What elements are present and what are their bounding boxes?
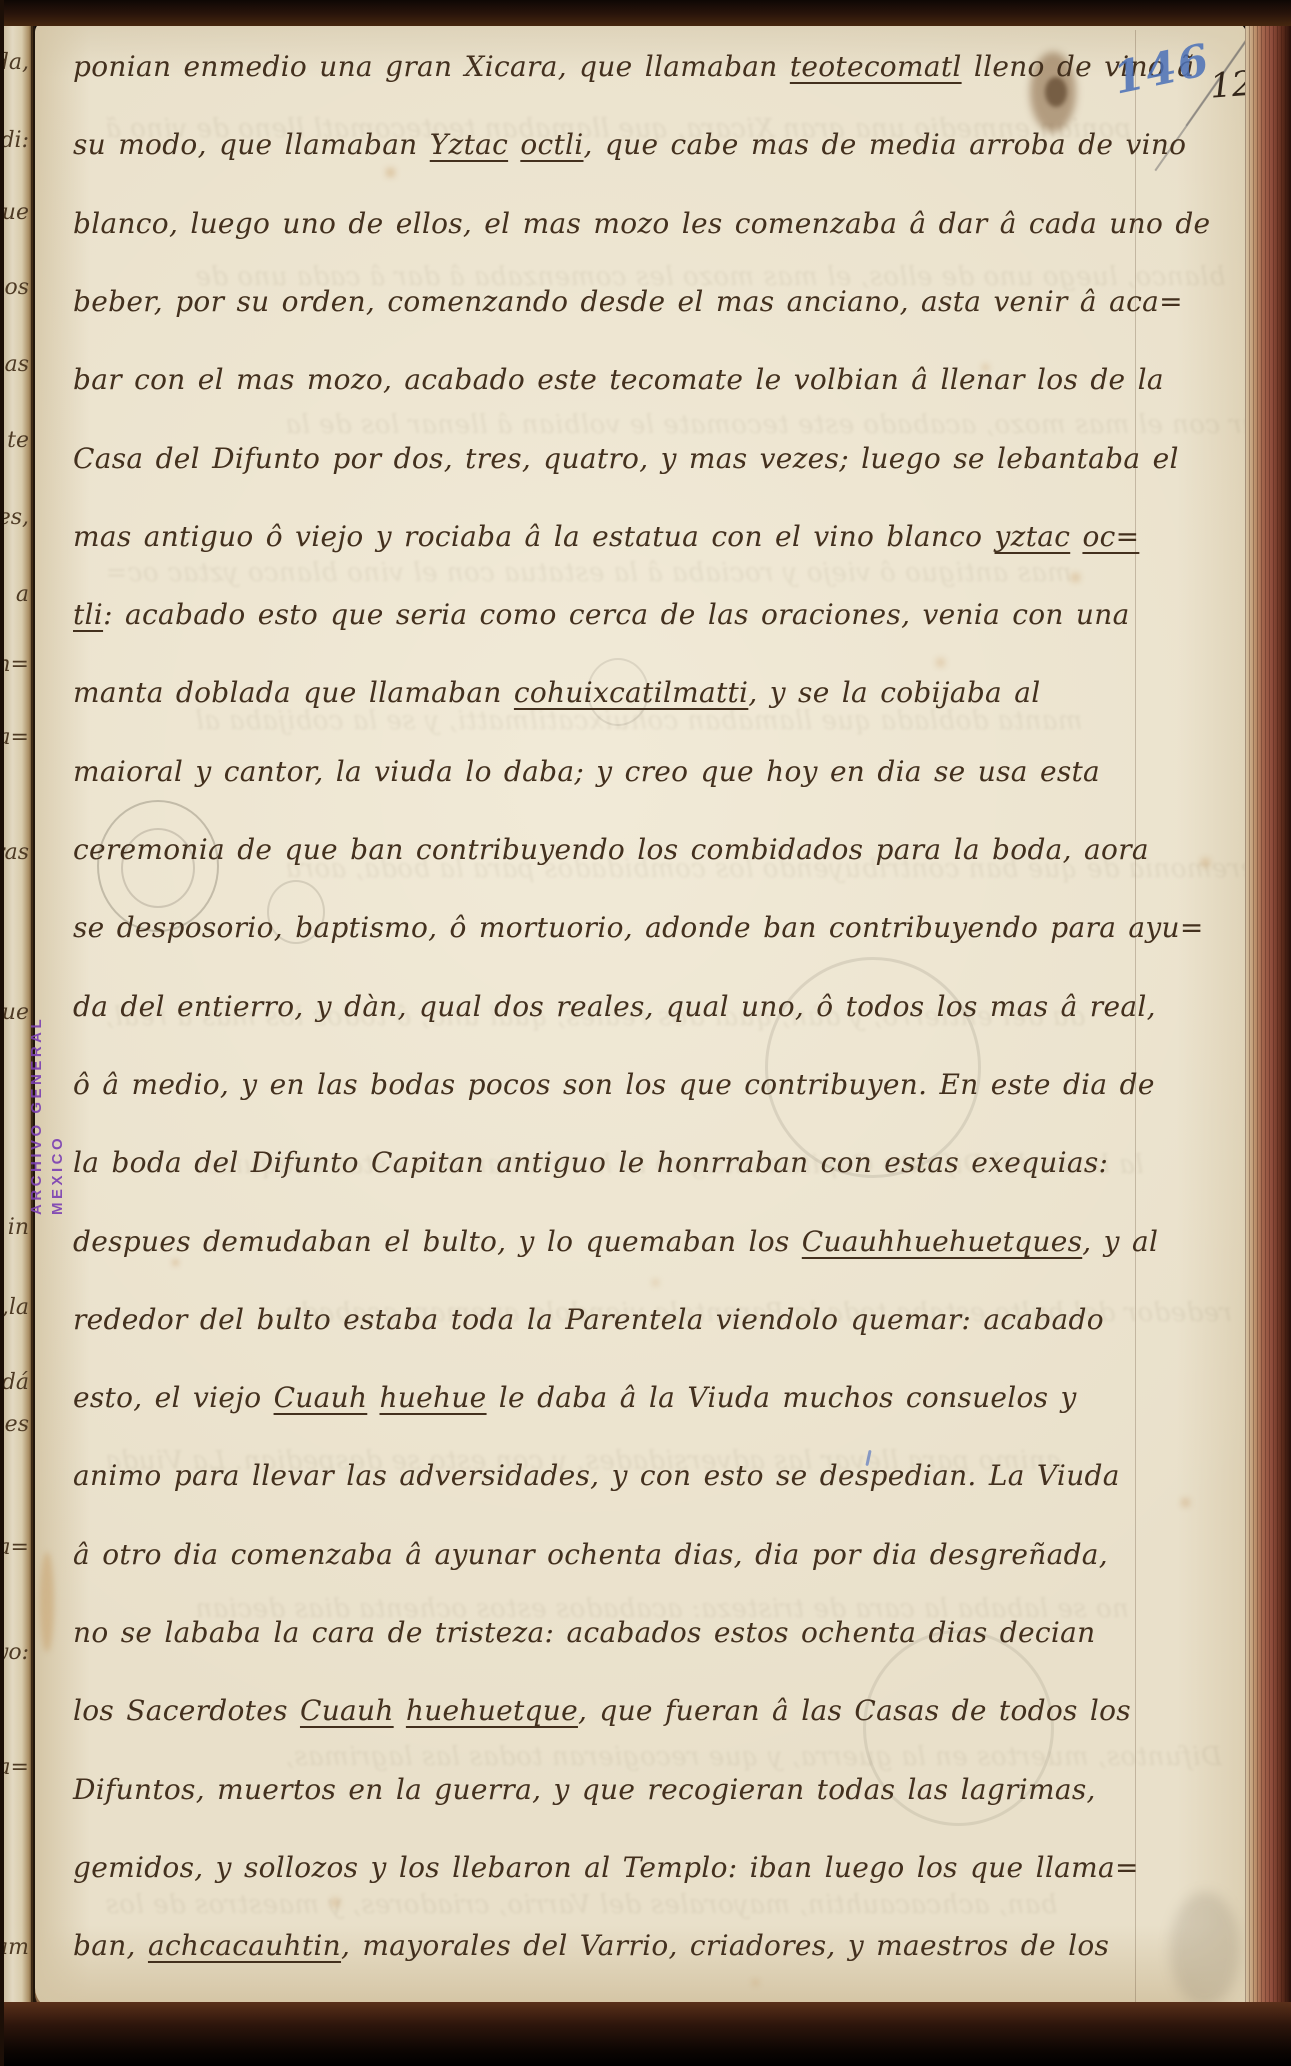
line-text: blanco, luego uno de ellos, el mas mozo … xyxy=(73,207,1210,240)
line-text: ponian enmedio una gran Xicara, que llam… xyxy=(73,50,790,83)
facing-page-word-fragment: es, xyxy=(0,505,29,530)
line-text: rededor del bulto estaba toda la Parente… xyxy=(73,1303,1104,1336)
facing-page-word-fragment: ios xyxy=(0,275,29,300)
line-text xyxy=(1070,520,1082,553)
line-text: su modo, que llamaban xyxy=(73,128,430,161)
line-text: los Sacerdotes xyxy=(73,1694,300,1727)
facing-page-word-fragment: as xyxy=(5,352,29,377)
facing-page-word-fragment: ada, xyxy=(0,50,29,75)
facing-page-word-fragment: idá xyxy=(0,1370,29,1395)
line-text xyxy=(508,128,520,161)
manuscript-line: bar con el mas mozo, acabado este tecoma… xyxy=(73,363,1164,396)
underlined-word: oc= xyxy=(1082,520,1139,553)
manuscript-line: blanco, luego uno de ellos, el mas mozo … xyxy=(73,207,1210,240)
manuscript-photo: ada,ardi:queiosastees,an=a=rrasuein,laid… xyxy=(0,0,1291,2066)
underlined-word: yztac xyxy=(995,520,1071,553)
line-text: animo para llevar las adversidades, y co… xyxy=(73,1459,1120,1492)
line-text: da del entierro, y dàn, qual dos reales,… xyxy=(73,990,1156,1023)
facing-page-word-fragment: am xyxy=(0,1935,29,1960)
manuscript-line: esto, el viejo Cuauh huehue le daba â la… xyxy=(73,1381,1077,1414)
manuscript-line: tli: acabado esto que seria como cerca d… xyxy=(73,598,1130,631)
manuscript-line: su modo, que llamaban Yztac octli, que c… xyxy=(73,128,1186,161)
line-text: Casa del Difunto por dos, tres, quatro, … xyxy=(73,442,1179,475)
manuscript-line: rededor del bulto estaba toda la Parente… xyxy=(73,1303,1104,1336)
manuscript-line: ceremonia de que ban contribuyendo los c… xyxy=(73,833,1149,866)
archive-stamp-line2: MEXICO xyxy=(47,1016,62,1215)
line-text: , y al xyxy=(1082,1225,1158,1258)
underlined-word: tli xyxy=(73,598,103,631)
facing-page-word-fragment: la= xyxy=(0,1755,29,1780)
facing-page-word-fragment: que xyxy=(0,200,29,225)
underlined-word: huehuetque xyxy=(406,1694,578,1727)
archive-stamp-line1: ARCHIVO GENERAL xyxy=(26,1016,47,1215)
facing-page-word-fragment: yo: xyxy=(0,1640,29,1665)
binding-spine-edge xyxy=(0,0,4,2066)
manuscript-line: Casa del Difunto por dos, tres, quatro, … xyxy=(73,442,1179,475)
manuscript-line: beber, por su orden, comenzando desde el… xyxy=(73,285,1183,318)
manuscript-line: da del entierro, y dàn, qual dos reales,… xyxy=(73,990,1156,1023)
manuscript-line: â otro dia comenzaba â ayunar ochenta di… xyxy=(73,1538,1108,1571)
line-text: : acabado esto que seria como cerca de l… xyxy=(103,598,1130,631)
archive-stamp: ARCHIVO GENERAL MEXICO xyxy=(8,915,62,1225)
manuscript-line: Difuntos, muertos en la guerra, y que re… xyxy=(73,1773,1096,1806)
manuscript-line: ban, achcacauhtin, mayorales del Varrio,… xyxy=(73,1929,1109,1962)
line-text: gemidos, y sollozos y los llebaron al Te… xyxy=(73,1851,1139,1884)
underlined-word: Yztac xyxy=(430,128,508,161)
manuscript-line: ponian enmedio una gran Xicara, que llam… xyxy=(73,50,1194,83)
underlined-word: teotecomatl xyxy=(790,50,962,83)
line-text: , que cabe mas de media arroba de vino xyxy=(584,128,1187,161)
line-text: bar con el mas mozo, acabado este tecoma… xyxy=(73,363,1164,396)
facing-page-word-fragment: les xyxy=(0,1412,29,1437)
line-text: , que fueran â las Casas de todos los xyxy=(578,1694,1131,1727)
line-text: le daba â la Viuda muchos consuelos y xyxy=(487,1381,1077,1414)
line-text: maioral y cantor, la viuda lo daba; y cr… xyxy=(73,755,1100,788)
manuscript-line: animo para llevar las adversidades, y co… xyxy=(73,1459,1120,1492)
underlined-word: cohuixcatilmatti xyxy=(514,676,748,709)
underlined-word: huehue xyxy=(379,1381,486,1414)
line-text: ban, xyxy=(73,1929,148,1962)
book-fore-edge xyxy=(1245,0,1291,2066)
line-text: mas antiguo ô viejo y rociaba â la estat… xyxy=(73,520,995,553)
binding-bottom-edge xyxy=(0,2002,1291,2066)
line-text: despues demudaban el bulto, y lo quemaba… xyxy=(73,1225,802,1258)
line-text: , y se la cobijaba al xyxy=(748,676,1040,709)
manuscript-line: gemidos, y sollozos y los llebaron al Te… xyxy=(73,1851,1139,1884)
line-text: ceremonia de que ban contribuyendo los c… xyxy=(73,833,1149,866)
facing-page-word-fragment: te xyxy=(7,428,29,453)
underlined-word: Cuauh xyxy=(300,1694,394,1727)
line-text: la boda del Difunto Capitan antiguo le h… xyxy=(73,1146,1108,1179)
underlined-word: octli xyxy=(520,128,583,161)
manuscript-line: la boda del Difunto Capitan antiguo le h… xyxy=(73,1146,1108,1179)
manuscript-line: maioral y cantor, la viuda lo daba; y cr… xyxy=(73,755,1100,788)
facing-page-word-fragment: a= xyxy=(0,725,29,750)
line-text: esto, el viejo xyxy=(73,1381,274,1414)
facing-page-word-fragment: a= xyxy=(0,1535,29,1560)
underlined-word: achcacauhtin xyxy=(148,1929,341,1962)
manuscript-line: despues demudaban el bulto, y lo quemaba… xyxy=(73,1225,1158,1258)
line-text: ô â medio, y en las bodas pocos son los … xyxy=(73,1068,1155,1101)
line-text: manta doblada que llamaban xyxy=(73,676,514,709)
manuscript-line: mas antiguo ô viejo y rociaba â la estat… xyxy=(73,520,1139,553)
line-text xyxy=(394,1694,406,1727)
archive-stamp-text: ARCHIVO GENERAL MEXICO xyxy=(26,1016,62,1215)
underlined-word: Cuauh xyxy=(274,1381,368,1414)
manuscript-line: manta doblada que llamaban cohuixcatilma… xyxy=(73,676,1041,709)
manuscript-page: ponian enmedio una gran Xicara, que llam… xyxy=(35,22,1247,2010)
manuscript-lines: ponian enmedio una gran Xicara, que llam… xyxy=(35,22,1247,2010)
facing-page-word-fragment: ardi: xyxy=(0,128,29,153)
manuscript-line: los Sacerdotes Cuauh huehuetque, que fue… xyxy=(73,1694,1131,1727)
binding-top-edge xyxy=(0,0,1291,26)
manuscript-line: se desposorio, baptismo, ô mortuorio, ad… xyxy=(73,911,1204,944)
line-text: no se lababa la cara de tristeza: acabad… xyxy=(73,1616,1095,1649)
underlined-word: Cuauhhuehuetques xyxy=(802,1225,1082,1258)
line-text xyxy=(367,1381,379,1414)
line-text: â otro dia comenzaba â ayunar ochenta di… xyxy=(73,1538,1108,1571)
line-text: se desposorio, baptismo, ô mortuorio, ad… xyxy=(73,911,1204,944)
folio-number-ink: 129. xyxy=(1209,61,1247,106)
manuscript-line: no se lababa la cara de tristeza: acabad… xyxy=(73,1616,1095,1649)
line-text: beber, por su orden, comenzando desde el… xyxy=(73,285,1183,318)
facing-page-word-fragment: a xyxy=(16,582,29,607)
line-text: Difuntos, muertos en la guerra, y que re… xyxy=(73,1773,1096,1806)
facing-page-word-fragment: ,la xyxy=(2,1295,29,1320)
line-text: , mayorales del Varrio, criadores, y mae… xyxy=(341,1929,1109,1962)
manuscript-line: ô â medio, y en las bodas pocos son los … xyxy=(73,1068,1155,1101)
facing-page-word-fragment: rras xyxy=(0,840,29,865)
facing-page-word-fragment: n= xyxy=(0,652,29,677)
